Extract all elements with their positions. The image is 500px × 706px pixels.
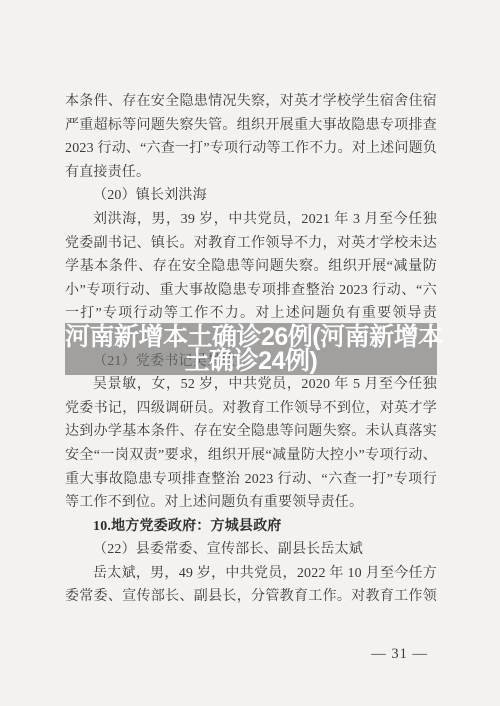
text-line: 学基本条件、存在安全隐患等问题失察。组织开展“减量防大控 (65, 255, 437, 279)
page-number: — 31 — (371, 646, 428, 663)
headline-line-2: 土确诊24例) (185, 347, 318, 375)
text-line: 2023 行动、“六查一打”专项行动等工作不力。对上述问题负 (65, 137, 437, 161)
text-line: 达到办学基本条件、存在安全隐患等问题失察。未认真落实消防 (65, 420, 437, 444)
text-line: 吴景敏，女，52 岁，中共党员，2020 年 5 月至今任独树镇 (65, 373, 437, 397)
text-line: 重大事故隐患专项排查整治 2023 行动、“六查一打”专项行动 (65, 468, 437, 492)
text-line: 严重超标等问题失察失管。组织开展重大事故隐患专项排查整治 (65, 114, 437, 138)
text-line: 岳太斌，男，49 岁，中共党员，2022 年 10 月至今任方城县 (65, 562, 437, 586)
text-line: 等工作不到位。对上述问题负有重要领导责任。 (65, 491, 437, 515)
text-line: 党委书记，四级调研员。对教育工作领导不到位，对英才学校未 (65, 397, 437, 421)
headline-text: 河南新增本土确诊26例(河南新增本 土确诊24例) (65, 325, 437, 373)
text-line: 委常委、宣传部长、副县长，分管教育工作。对教育工作领导不 (65, 585, 437, 609)
text-line: 安全“一岗双责”要求，组织开展“减量防大控小”专项行动、 (65, 444, 437, 468)
text-line: 10.地方党委政府：方城县政府 (65, 515, 437, 539)
text-line: （20）镇长刘洪海 (65, 184, 437, 208)
headline-overlay-banner: 河南新增本土确诊26例(河南新增本 土确诊24例) (65, 323, 437, 375)
text-line: （22）县委常委、宣传部长、副县长岳太斌 (65, 538, 437, 562)
document-page: 本条件、存在安全隐患情况失察，对英才学校学生宿舍住宿人数严重超标等问题失察失管。… (0, 0, 500, 706)
text-line: 刘洪海，男，39 岁，中共党员，2021 年 3 月至今任独树镇 (65, 208, 437, 232)
text-line: 党委副书记、镇长。对教育工作领导不力，对英才学校未达到办 (65, 232, 437, 256)
text-line: 有直接责任。 (65, 161, 437, 185)
text-line: 本条件、存在安全隐患情况失察，对英才学校学生宿舍住宿人数 (65, 90, 437, 114)
text-line: 小”专项行动、重大事故隐患专项排查整治 2023 行动、“六查 (65, 279, 437, 303)
